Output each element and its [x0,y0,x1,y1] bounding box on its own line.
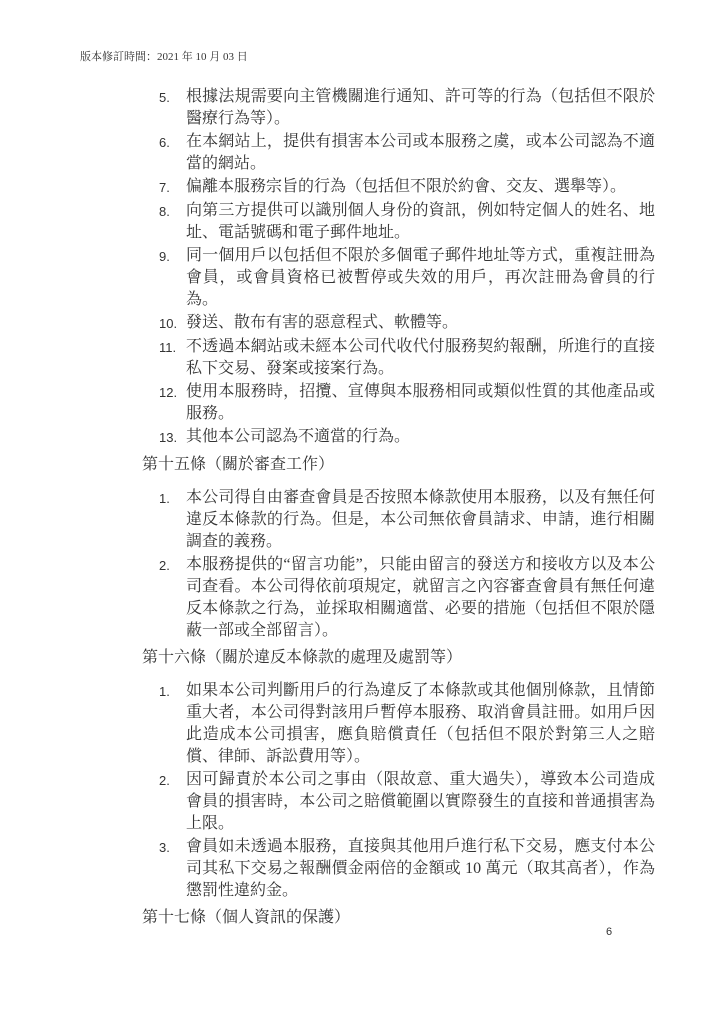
list-item: 11. 不透過本網站或未經本公司代收代付服務契約報酬，所進行的直接私下交易、發案… [142,336,655,380]
list-item-text: 本服務提供的“留言功能”，只能由留言的發送方和接收方以及本公司查看。本公司得依前… [186,554,655,642]
list-item: 10. 發送、散布有害的惡意程式、軟體等。 [142,312,655,335]
list-item: 6. 在本網站上，提供有損害本公司或本服務之虞，或本公司認為不適當的網站。 [142,131,655,175]
list-item-number: 11. [159,336,186,359]
list-item-number: 8. [159,200,186,223]
list-item: 12. 使用本服務時，招攬、宣傳與本服務相同或類似性質的其他產品或服務。 [142,381,655,425]
list-item-number: 2. [159,769,186,792]
list-item: 1. 如果本公司判斷用戶的行為違反了本條款或其他個別條款，且情節重大者，本公司得… [142,680,655,768]
list-item-text: 同一個用戶以包括但不限於多個電子郵件地址等方式，重複註冊為會員，或會員資格已被暫… [186,245,655,311]
list-item-number: 5. [159,86,186,109]
list-item: 1. 本公司得自由審查會員是否按照本條款使用本服務，以及有無任何違反本條款的行為… [142,487,655,553]
list-item-text: 根據法規需要向主管機關進行通知、許可等的行為（包括但不限於醫療行為等）。 [186,86,655,130]
list-item: 7. 偏離本服務宗旨的行為（包括但不限於約會、交友、選舉等）。 [142,176,655,199]
list-item-number: 10. [159,312,186,335]
list-item-text: 向第三方提供可以識別個人身份的資訊，例如特定個人的姓名、地址、電話號碼和電子郵件… [186,200,655,244]
list-item-text: 因可歸責於本公司之事由（限故意、重大過失），導致本公司造成會員的損害時，本公司之… [186,769,655,835]
article-15-list: 1. 本公司得自由審查會員是否按照本條款使用本服務，以及有無任何違反本條款的行為… [142,487,655,642]
list-item-number: 6. [159,131,186,154]
list-item: 5. 根據法規需要向主管機關進行通知、許可等的行為（包括但不限於醫療行為等）。 [142,86,655,130]
list-item: 3. 會員如未透過本服務，直接與其他用戶進行私下交易，應支付本公司其私下交易之報… [142,836,655,902]
revision-date-header: 版本修訂時間：2021 年 10 月 03 日 [80,50,248,64]
section-heading-article-16: 第十六條（關於違反本條款的處理及處罰等） [142,647,655,669]
list-item-number: 13. [159,426,186,449]
prohibited-acts-list: 5. 根據法規需要向主管機關進行通知、許可等的行為（包括但不限於醫療行為等）。 … [142,86,655,449]
list-item: 2. 因可歸責於本公司之事由（限故意、重大過失），導致本公司造成會員的損害時，本… [142,769,655,835]
list-item: 8. 向第三方提供可以識別個人身份的資訊，例如特定個人的姓名、地址、電話號碼和電… [142,200,655,244]
list-item-text: 其他本公司認為不適當的行為。 [186,426,655,448]
document-page: 版本修訂時間：2021 年 10 月 03 日 5. 根據法規需要向主管機關進行… [0,0,724,1023]
list-item-number: 1. [159,680,186,703]
article-16-list: 1. 如果本公司判斷用戶的行為違反了本條款或其他個別條款，且情節重大者，本公司得… [142,680,655,902]
list-item-text: 本公司得自由審查會員是否按照本條款使用本服務，以及有無任何違反本條款的行為。但是… [186,487,655,553]
list-item-number: 2. [159,554,186,577]
list-item-text: 會員如未透過本服務，直接與其他用戶進行私下交易，應支付本公司其私下交易之報酬價金… [186,836,655,902]
list-item-text: 發送、散布有害的惡意程式、軟體等。 [186,312,655,334]
document-content: 5. 根據法規需要向主管機關進行通知、許可等的行為（包括但不限於醫療行為等）。 … [142,86,655,940]
list-item: 2. 本服務提供的“留言功能”，只能由留言的發送方和接收方以及本公司查看。本公司… [142,554,655,642]
list-item-number: 3. [159,836,186,859]
list-item-number: 7. [159,176,186,199]
list-item-text: 使用本服務時，招攬、宣傳與本服務相同或類似性質的其他產品或服務。 [186,381,655,425]
list-item-text: 如果本公司判斷用戶的行為違反了本條款或其他個別條款，且情節重大者，本公司得對該用… [186,680,655,768]
list-item-number: 9. [159,245,186,268]
list-item-text: 在本網站上，提供有損害本公司或本服務之虞，或本公司認為不適當的網站。 [186,131,655,175]
list-item-text: 不透過本網站或未經本公司代收代付服務契約報酬，所進行的直接私下交易、發案或接案行… [186,336,655,380]
list-item: 13. 其他本公司認為不適當的行為。 [142,426,655,449]
list-item: 9. 同一個用戶以包括但不限於多個電子郵件地址等方式，重複註冊為會員，或會員資格… [142,245,655,311]
section-heading-article-15: 第十五條（關於審查工作） [142,454,655,476]
page-number: 6 [606,926,612,938]
list-item-text: 偏離本服務宗旨的行為（包括但不限於約會、交友、選舉等）。 [186,176,655,198]
section-heading-article-17: 第十七條（個人資訊的保護） [142,907,655,929]
list-item-number: 12. [159,381,186,404]
list-item-number: 1. [159,487,186,510]
